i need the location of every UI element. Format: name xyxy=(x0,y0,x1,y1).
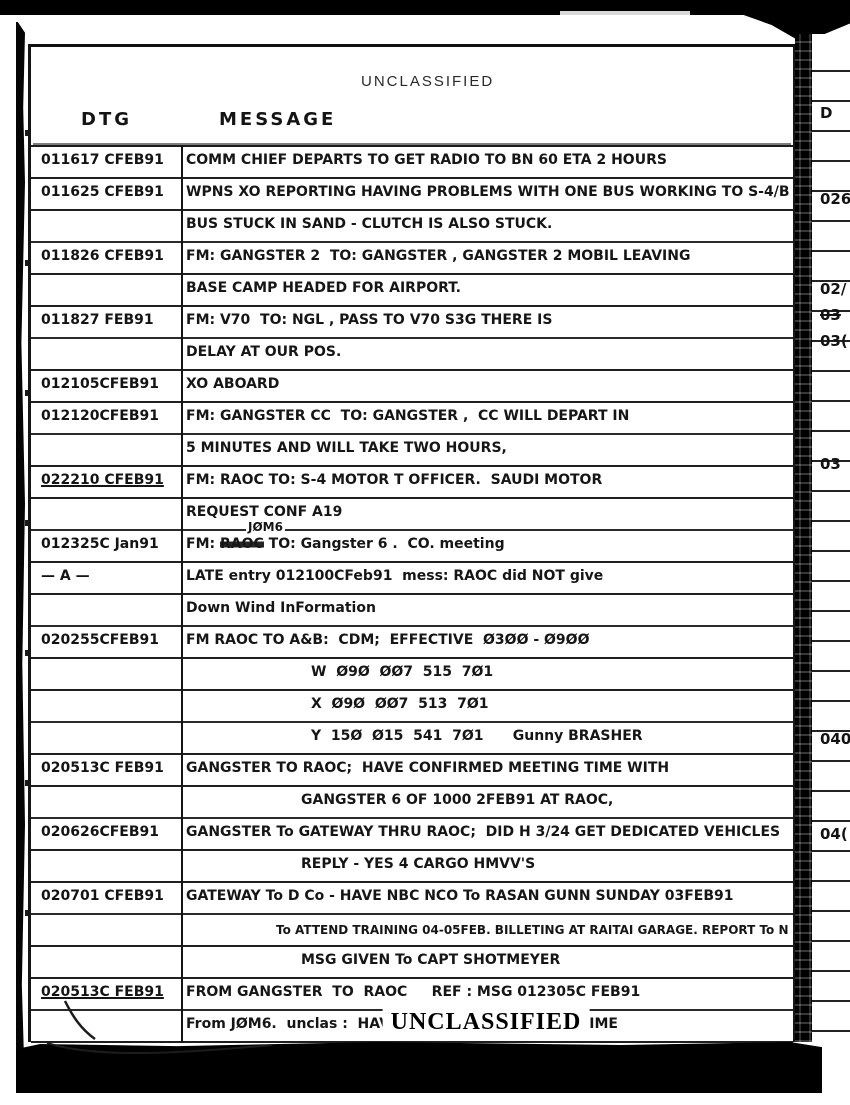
log-row: To ATTEND TRAINING 04-05FEB. BILLETING A… xyxy=(31,915,793,947)
message-cell: X Ø9Ø ØØ7 513 7Ø1 xyxy=(311,696,789,712)
log-row: MSG GIVEN To CAPT SHOTMEYER xyxy=(31,947,793,979)
log-row: 020701 CFEB91GATEWAY To D Co - HAVE NBC … xyxy=(31,883,793,915)
message-cell: REPLY - YES 4 CARGO HMVV'S xyxy=(301,856,789,872)
column-header-dtg: DTG xyxy=(81,109,132,130)
message-cell: Y 15Ø Ø15 541 7Ø1 Gunny BRASHER xyxy=(311,728,789,744)
log-row: 020626CFEB91GANGSTER To GATEWAY THRU RAO… xyxy=(31,819,793,851)
log-row: 5 MINUTES AND WILL TAKE TWO HOURS, xyxy=(31,435,793,467)
log-rows: 011617 CFEB91COMM CHIEF DEPARTS TO GET R… xyxy=(31,145,793,1043)
log-row: 020513C FEB91GANGSTER TO RAOC; HAVE CONF… xyxy=(31,755,793,787)
log-row: Down Wind InFormation xyxy=(31,595,793,627)
message-cell: MSG GIVEN To CAPT SHOTMEYER xyxy=(301,952,789,968)
message-cell: W Ø9Ø ØØ7 515 7Ø1 xyxy=(311,664,789,680)
next-page-dtg-partial: 03 xyxy=(820,455,841,473)
log-row: GANGSTER 6 OF 1000 2FEB91 AT RAOC, xyxy=(31,787,793,819)
log-row: BUS STUCK IN SAND - CLUTCH IS ALSO STUCK… xyxy=(31,211,793,243)
log-page: UNCLASSIFIED DTG MESSAGE 011617 CFEB91CO… xyxy=(28,44,795,1042)
message-cell: GANGSTER TO RAOC; HAVE CONFIRMED MEETING… xyxy=(186,760,789,776)
message-cell: XO ABOARD xyxy=(186,376,789,392)
message-cell: 5 MINUTES AND WILL TAKE TWO HOURS, xyxy=(186,440,789,456)
classification-banner-top: UNCLASSIFIED xyxy=(361,73,494,90)
classification-banner-bottom: UNCLASSIFIED xyxy=(383,1009,590,1036)
next-page-dtg-partial: 040 xyxy=(820,730,850,748)
message-cell: DELAY AT OUR POS. xyxy=(186,344,789,360)
dtg-cell: 011617 CFEB91 xyxy=(41,152,177,168)
message-cell: Down Wind InFormation xyxy=(186,600,789,616)
scan-left-edge xyxy=(16,22,25,1092)
dtg-cell: — A — xyxy=(41,568,177,584)
next-page-dtg-partial: 04( xyxy=(820,825,848,843)
message-cell: FM: GANGSTER CC TO: GANGSTER , CC WILL D… xyxy=(186,408,789,424)
message-text: FM: xyxy=(186,536,220,552)
log-row: 012105CFEB91XO ABOARD xyxy=(31,371,793,403)
log-row: 012120CFEB91FM: GANGSTER CC TO: GANGSTER… xyxy=(31,403,793,435)
dtg-cell: 011826 CFEB91 xyxy=(41,248,177,264)
next-page-header-partial: D xyxy=(820,104,832,122)
log-row: 011827 FEB91FM: V70 TO: NGL , PASS TO V7… xyxy=(31,307,793,339)
dtg-cell: 012105CFEB91 xyxy=(41,376,177,392)
dtg-cell: 011827 FEB91 xyxy=(41,312,177,328)
log-row: X Ø9Ø ØØ7 513 7Ø1 xyxy=(31,691,793,723)
next-page-dtg-partial: 026 xyxy=(820,190,850,208)
next-page-dtg-partial: 03 xyxy=(820,306,841,324)
message-cell: WPNS XO REPORTING HAVING PROBLEMS WITH O… xyxy=(186,184,789,200)
scan-top-edge xyxy=(0,0,850,15)
dtg-cell: 020513C FEB91 xyxy=(41,760,177,776)
log-row: Y 15Ø Ø15 541 7Ø1 Gunny BRASHER xyxy=(31,723,793,755)
log-row: — A —LATE entry 012100CFeb91 mess: RAOC … xyxy=(31,563,793,595)
log-row: 012325C Jan91JØM6FM: RAOC TO: Gangster 6… xyxy=(31,531,793,563)
dtg-cell: 012325C Jan91 xyxy=(41,536,177,552)
column-header-message: MESSAGE xyxy=(219,109,336,130)
next-page-dtg-partial: 03( xyxy=(820,332,848,350)
message-cell: GANGSTER To GATEWAY THRU RAOC; DID H 3/2… xyxy=(186,824,789,840)
dtg-cell: 011625 CFEB91 xyxy=(41,184,177,200)
message-cell: BASE CAMP HEADED FOR AIRPORT. xyxy=(186,280,789,296)
message-cell: FM RAOC TO A&B: CDM; EFFECTIVE Ø3ØØ - Ø9… xyxy=(186,632,789,648)
message-text: TO: Gangster 6 . CO. meeting xyxy=(264,536,505,552)
log-row: W Ø9Ø ØØ7 515 7Ø1 xyxy=(31,659,793,691)
log-row: 011617 CFEB91COMM CHIEF DEPARTS TO GET R… xyxy=(31,147,793,179)
page-binding xyxy=(795,34,812,1042)
message-cell: FM: V70 TO: NGL , PASS TO V70 S3G THERE … xyxy=(186,312,789,328)
next-page-sliver: D 02602/0303(0304004( xyxy=(812,34,850,1042)
next-page-dtg-partial: 02/ xyxy=(820,280,846,298)
pen-stroke-mark xyxy=(37,995,297,1065)
scanned-log-document: { "page": { "classification_top": "UNCLA… xyxy=(0,0,850,1105)
dtg-cell: 020701 CFEB91 xyxy=(41,888,177,904)
log-row: 011625 CFEB91WPNS XO REPORTING HAVING PR… xyxy=(31,179,793,211)
log-row: DELAY AT OUR POS. xyxy=(31,339,793,371)
log-row: REPLY - YES 4 CARGO HMVV'S xyxy=(31,851,793,883)
log-row: 022210 CFEB91FM: RAOC TO: S-4 MOTOR T OF… xyxy=(31,467,793,499)
dtg-cell: 020255CFEB91 xyxy=(41,632,177,648)
message-cell: LATE entry 012100CFeb91 mess: RAOC did N… xyxy=(186,568,789,584)
log-row: REQUEST CONF A19 xyxy=(31,499,793,531)
dtg-cell: 020626CFEB91 xyxy=(41,824,177,840)
log-row: 011826 CFEB91FM: GANGSTER 2 TO: GANGSTER… xyxy=(31,243,793,275)
message-cell: FM: RAOC TO: Gangster 6 . CO. meeting xyxy=(186,536,789,552)
message-cell: BUS STUCK IN SAND - CLUTCH IS ALSO STUCK… xyxy=(186,216,789,232)
dtg-cell: 022210 CFEB91 xyxy=(41,472,177,488)
message-cell: GATEWAY To D Co - HAVE NBC NCO To RASAN … xyxy=(186,888,789,904)
message-cell: COMM CHIEF DEPARTS TO GET RADIO TO BN 60… xyxy=(186,152,789,168)
message-cell: FM: GANGSTER 2 TO: GANGSTER , GANGSTER 2… xyxy=(186,248,789,264)
log-row: 020255CFEB91FM RAOC TO A&B: CDM; EFFECTI… xyxy=(31,627,793,659)
inserted-correction-text: JØM6 xyxy=(246,520,285,534)
log-row: BASE CAMP HEADED FOR AIRPORT. xyxy=(31,275,793,307)
message-cell: GANGSTER 6 OF 1000 2FEB91 AT RAOC, xyxy=(301,792,789,808)
message-cell: FM: RAOC TO: S-4 MOTOR T OFFICER. SAUDI … xyxy=(186,472,789,488)
struck-word: RAOC xyxy=(220,536,264,552)
message-cell: REQUEST CONF A19 xyxy=(186,504,789,520)
scan-top-notch xyxy=(560,11,690,16)
dtg-cell: 012120CFEB91 xyxy=(41,408,177,424)
column-divider xyxy=(181,145,183,1043)
message-cell: To ATTEND TRAINING 04-05FEB. BILLETING A… xyxy=(276,923,789,937)
